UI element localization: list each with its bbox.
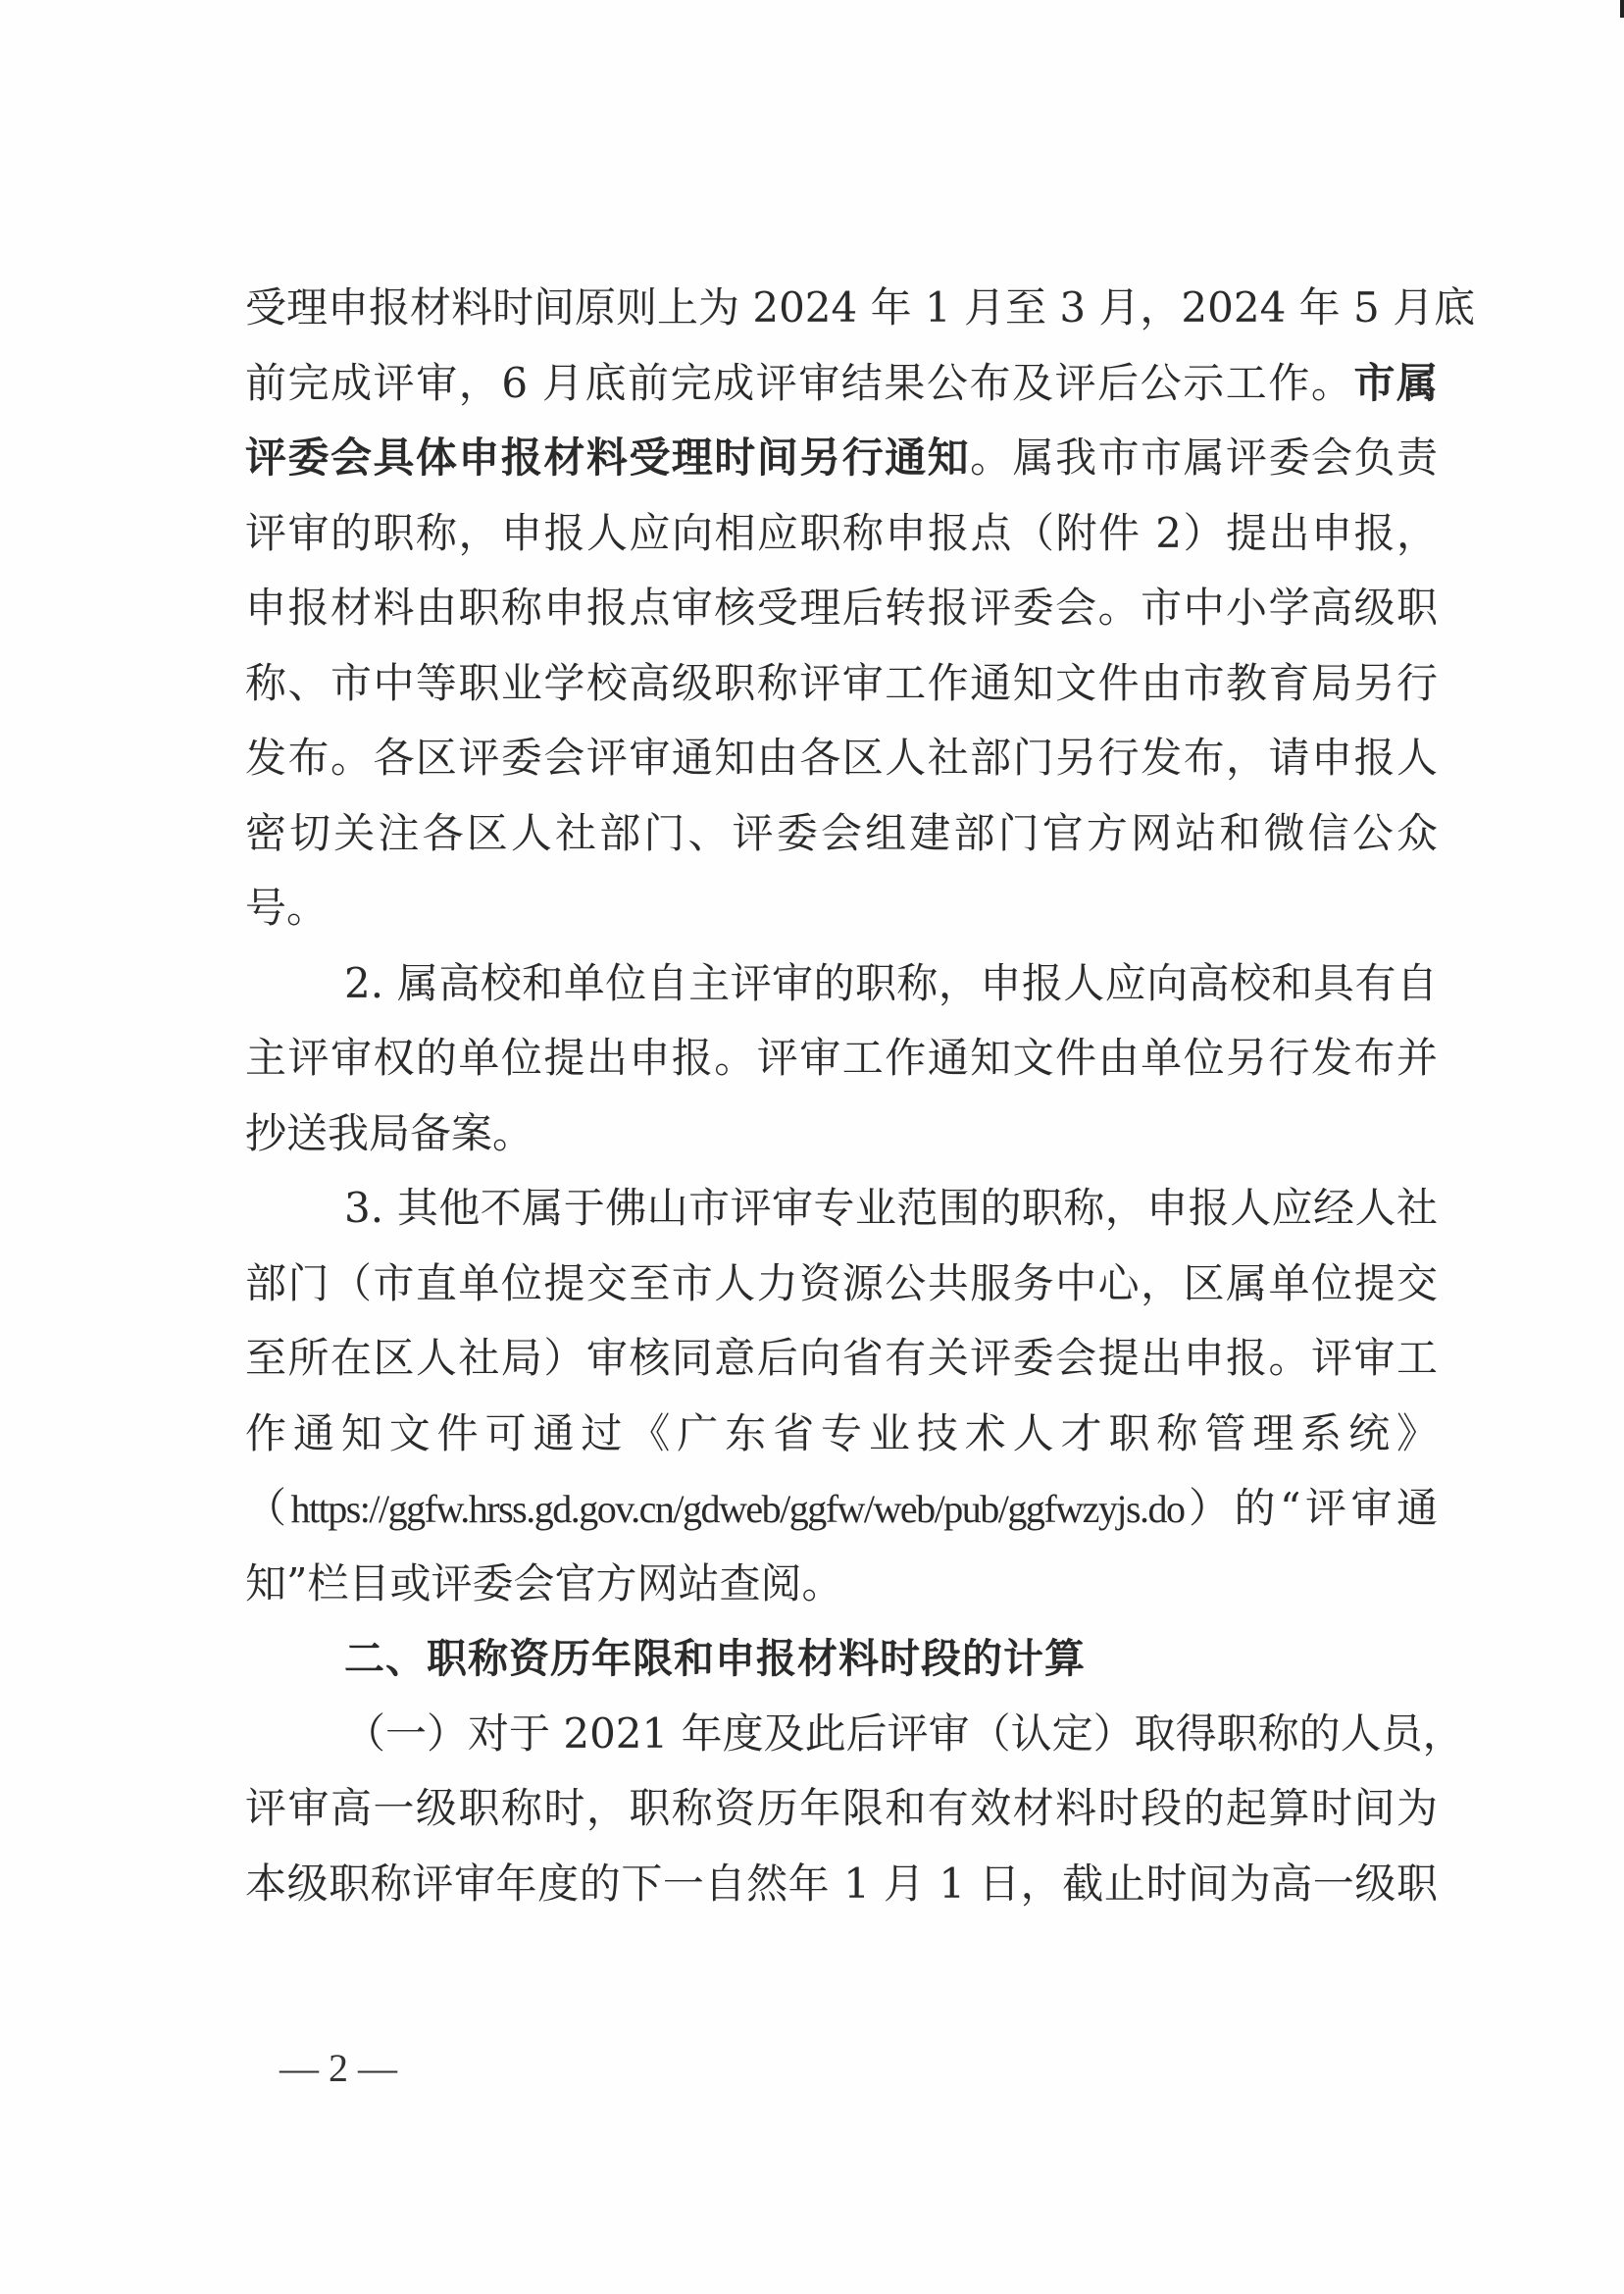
text-line: 本级职称评审年度的下一自然年 1 月 1 日，截止时间为高一级职 [245, 1847, 1438, 1922]
paragraph: 受理申报材料时间原则上为 2024 年 1 月至 3 月，2024 年 5 月底… [245, 271, 1438, 946]
text-line: 抄送我局备案。 [245, 1096, 1438, 1172]
text-line: 部门（市直单位提交至市人力资源公共服务中心，区属单位提交 [245, 1247, 1438, 1322]
paragraph: 3. 其他不属于佛山市评审专业范围的职称，申报人应经人社部门（市直单位提交至市人… [245, 1171, 1438, 1621]
text-line: 主评审权的单位提出申报。评审工作通知文件由单位另行发布并 [245, 1021, 1438, 1096]
text-line: 评审高一级职称时，职称资历年限和有效材料时段的起算时间为 [245, 1771, 1438, 1847]
text-span: （一）对于 2021 年度及此后评审（认定）取得职称的人员， [344, 1709, 1464, 1758]
text-span: 3. 其他不属于佛山市评审专业范围的职称，申报人应经人社 [344, 1184, 1438, 1232]
text-line: 二、职称资历年限和申报材料时段的计算 [245, 1621, 1438, 1697]
text-span: 评审高一级职称时，职称资历年限和有效材料时段的起算时间为 [245, 1784, 1438, 1832]
section-heading: 二、职称资历年限和申报材料时段的计算 [245, 1621, 1438, 1697]
paragraph: 2. 属高校和单位自主评审的职称，申报人应向高校和具有自主评审权的单位提出申报。… [245, 946, 1438, 1172]
document-body: 受理申报材料时间原则上为 2024 年 1 月至 3 月，2024 年 5 月底… [245, 271, 1438, 1921]
bold-text: 评委会具体申报材料受理时间另行通知 [245, 433, 970, 482]
text-line: 密切关注各区人社部门、评委会组建部门官方网站和微信公众 [245, 796, 1438, 872]
text-line: 评委会具体申报材料受理时间另行通知。属我市市属评委会负责 [245, 421, 1438, 496]
paragraph: （一）对于 2021 年度及此后评审（认定）取得职称的人员，评审高一级职称时，职… [245, 1697, 1438, 1922]
text-span: 发布。各区评委会评审通知由各区人社部门另行发布，请申报人 [245, 734, 1438, 782]
text-span: 号。 [245, 884, 328, 932]
text-span: 本级职称评审年度的下一自然年 1 月 1 日，截止时间为高一级职 [245, 1860, 1438, 1908]
url-link[interactable]: https://ggfw.hrss.gd.gov.cn/gdweb/ggfw/w… [291, 1487, 1185, 1531]
text-line: 称、市中等职业学校高级职称评审工作通知文件由市教育局另行 [245, 646, 1438, 722]
text-line: 2. 属高校和单位自主评审的职称，申报人应向高校和具有自 [245, 946, 1438, 1022]
text-span: （ [245, 1484, 291, 1532]
scan-artifact [1620, 0, 1624, 18]
text-line: 受理申报材料时间原则上为 2024 年 1 月至 3 月，2024 年 5 月底 [245, 271, 1438, 346]
text-line: 至所在区人社局）审核同意后向省有关评委会提出申报。评审工 [245, 1321, 1438, 1397]
document-page: 受理申报材料时间原则上为 2024 年 1 月至 3 月，2024 年 5 月底… [0, 0, 1624, 2294]
text-line: 发布。各区评委会评审通知由各区人社部门另行发布，请申报人 [245, 721, 1438, 796]
text-line: 号。 [245, 871, 1438, 946]
text-span: 作通知文件可通过《广东省专业技术人才职称管理系统》 [245, 1409, 1438, 1457]
text-line: （https://ggfw.hrss.gd.gov.cn/gdweb/ggfw/… [245, 1471, 1438, 1547]
text-span: 2. 属高校和单位自主评审的职称，申报人应向高校和具有自 [344, 959, 1438, 1007]
text-span: 主评审权的单位提出申报。评审工作通知文件由单位另行发布并 [245, 1034, 1438, 1082]
page-number: — 2 — [279, 2045, 397, 2091]
text-line: （一）对于 2021 年度及此后评审（认定）取得职称的人员， [245, 1697, 1438, 1772]
text-line: 前完成评审，6 月底前完成评审结果公布及评后公示工作。市属 [245, 346, 1438, 422]
text-span: 。属我市市属评委会负责 [970, 433, 1438, 482]
text-span: 部门（市直单位提交至市人力资源公共服务中心，区属单位提交 [245, 1259, 1438, 1307]
text-span: 密切关注各区人社部门、评委会组建部门官方网站和微信公众 [245, 809, 1438, 857]
text-span: 申报材料由职称申报点审核受理后转报评委会。市中小学高级职 [245, 584, 1438, 632]
text-line: 知”栏目或评委会官方网站查阅。 [245, 1547, 1438, 1622]
text-span: 受理申报材料时间原则上为 2024 年 1 月至 3 月，2024 年 5 月底 [245, 283, 1475, 331]
text-span: 前完成评审，6 月底前完成评审结果公布及评后公示工作。 [245, 359, 1353, 407]
text-span: 至所在区人社局）审核同意后向省有关评委会提出申报。评审工 [245, 1334, 1438, 1382]
text-line: 作通知文件可通过《广东省专业技术人才职称管理系统》 [245, 1397, 1438, 1472]
text-line: 3. 其他不属于佛山市评审专业范围的职称，申报人应经人社 [245, 1171, 1438, 1247]
text-span: 称、市中等职业学校高级职称评审工作通知文件由市教育局另行 [245, 659, 1438, 707]
text-line: 评审的职称，申报人应向相应职称申报点（附件 2）提出申报， [245, 496, 1438, 572]
bold-text: 二、职称资历年限和申报材料时段的计算 [344, 1635, 1086, 1682]
bold-text: 市属 [1353, 359, 1438, 407]
text-span: 知”栏目或评委会官方网站查阅。 [245, 1559, 842, 1607]
text-span: ）的“评审通 [1185, 1484, 1438, 1532]
text-line: 申报材料由职称申报点审核受理后转报评委会。市中小学高级职 [245, 571, 1438, 646]
text-span: 评审的职称，申报人应向相应职称申报点（附件 2）提出申报， [245, 509, 1438, 557]
text-span: 抄送我局备案。 [245, 1109, 533, 1157]
